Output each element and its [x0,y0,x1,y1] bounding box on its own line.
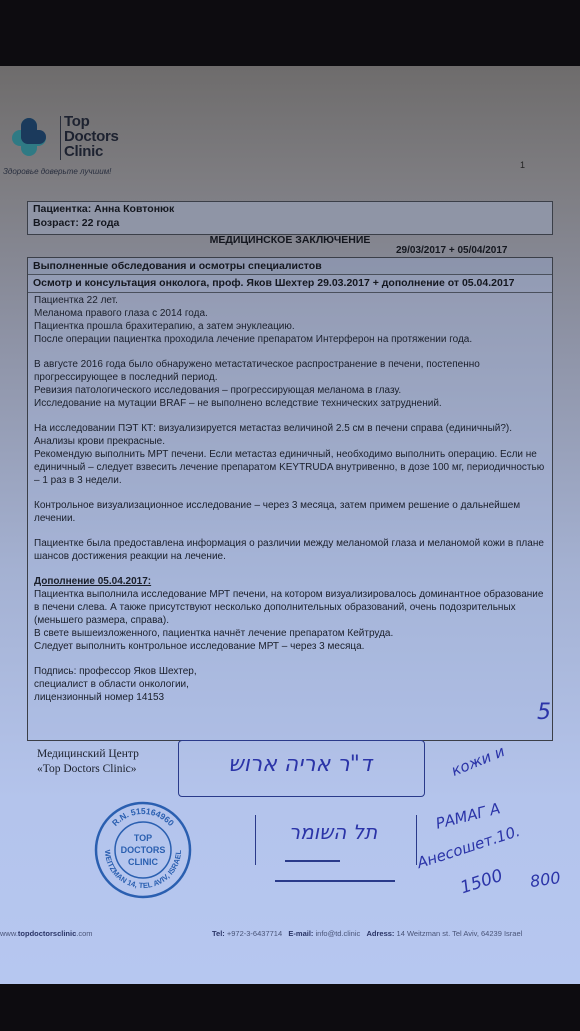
report-line: Меланома правого глаза с 2014 года. [34,307,546,320]
clinic-stamp: R.N. 515164960 WEITZMAN 14, TEL AVIV, IS… [93,800,193,900]
footer-website[interactable]: www.topdoctorsclinic.com [0,929,93,938]
footer-contacts: Tel: +972-3-6437714 E-mail: info@td.clin… [212,929,522,938]
consultation-body: Пациентка 22 лет.Меланома правого глаза … [28,293,552,705]
report-line: Анализы крови прекрасные. [34,435,546,448]
patient-age: Возраст: 22 года [28,216,552,230]
findings-box: Выполненные обследования и осмотры специ… [27,257,553,741]
handwritten-hospital-name: תל השומר [268,820,398,844]
svg-text:CLINIC: CLINIC [128,857,158,867]
addendum-title: Дополнение 05.04.2017: [34,575,546,588]
footer-email[interactable]: info@td.clinic [316,929,361,938]
signature-line: лицензионный номер 14153 [34,691,546,704]
patient-name: Пациентка: Анна Ковтонюк [28,202,552,216]
signature-line: специалист в области онкологии, [34,678,546,691]
section-heading: Выполненные обследования и осмотры специ… [28,258,552,275]
report-line: После операции пациентка проходила лечен… [34,333,546,346]
document-dates: 29/03/2017 + 05/04/2017 [396,245,508,256]
logo-wordmark: Top Doctors Clinic [64,114,119,159]
report-line: Пациентка 22 лет. [34,294,546,307]
footer-phone: +972-3-6437714 [227,929,282,938]
addendum-line: В свете вышеизложенного, пациентка начнё… [34,627,546,640]
report-line: Исследование на мутации BRAF – не выполн… [34,397,546,410]
report-line: В августе 2016 года было обнаружено мета… [34,358,546,384]
footer-address: 14 Weitzman st. Tel Aviv, 64239 Israel [397,929,523,938]
medical-cross-icon [6,114,52,160]
handwritten-doctor-name: ד"ר אריה ארוש [210,752,390,777]
report-line: На исследовании ПЭТ КТ: визуализируется … [34,422,546,435]
page-number: 1 [520,160,525,170]
handwritten-underline [285,860,340,862]
consultation-heading: Осмотр и консультация онколога, проф. Як… [28,275,552,293]
logo-divider [60,116,61,160]
patient-info-box: Пациентка: Анна Ковтонюк Возраст: 22 год… [27,201,553,235]
signature-line: Подпись: профессор Яков Шехтер, [34,665,546,678]
report-line: Рекомендую выполнить МРТ печени. Если ме… [34,448,546,487]
handwritten-underline [275,880,395,882]
clinic-signature: Медицинский Центр «Top Doctors Clinic» [37,747,139,777]
svg-text:DOCTORS: DOCTORS [121,845,166,855]
addendum-line: Пациентка выполнила исследование МРТ печ… [34,588,546,627]
report-line: Пациентке была предоставлена информация … [34,537,546,563]
report-line: Пациентка прошла брахитерапию, а затем э… [34,320,546,333]
report-paragraphs: Пациентка 22 лет.Меланома правого глаза … [34,294,546,563]
doctor-signature: Подпись: профессор Яков Шехтер,специалис… [34,665,546,704]
svg-text:TOP: TOP [134,833,152,843]
report-line: Контрольное визуализационное исследовани… [34,499,546,525]
clinic-tagline: Здоровье доверьте лучшим! [3,167,111,176]
clinic-logo: Top Doctors Clinic [4,114,144,174]
addendum-line: Следует выполнить контрольное исследован… [34,640,546,653]
addendum-body: Пациентка выполнила исследование МРТ печ… [34,588,546,653]
handwritten-note: 5 [537,700,551,725]
report-line: Ревизия патологического исследования – п… [34,384,546,397]
